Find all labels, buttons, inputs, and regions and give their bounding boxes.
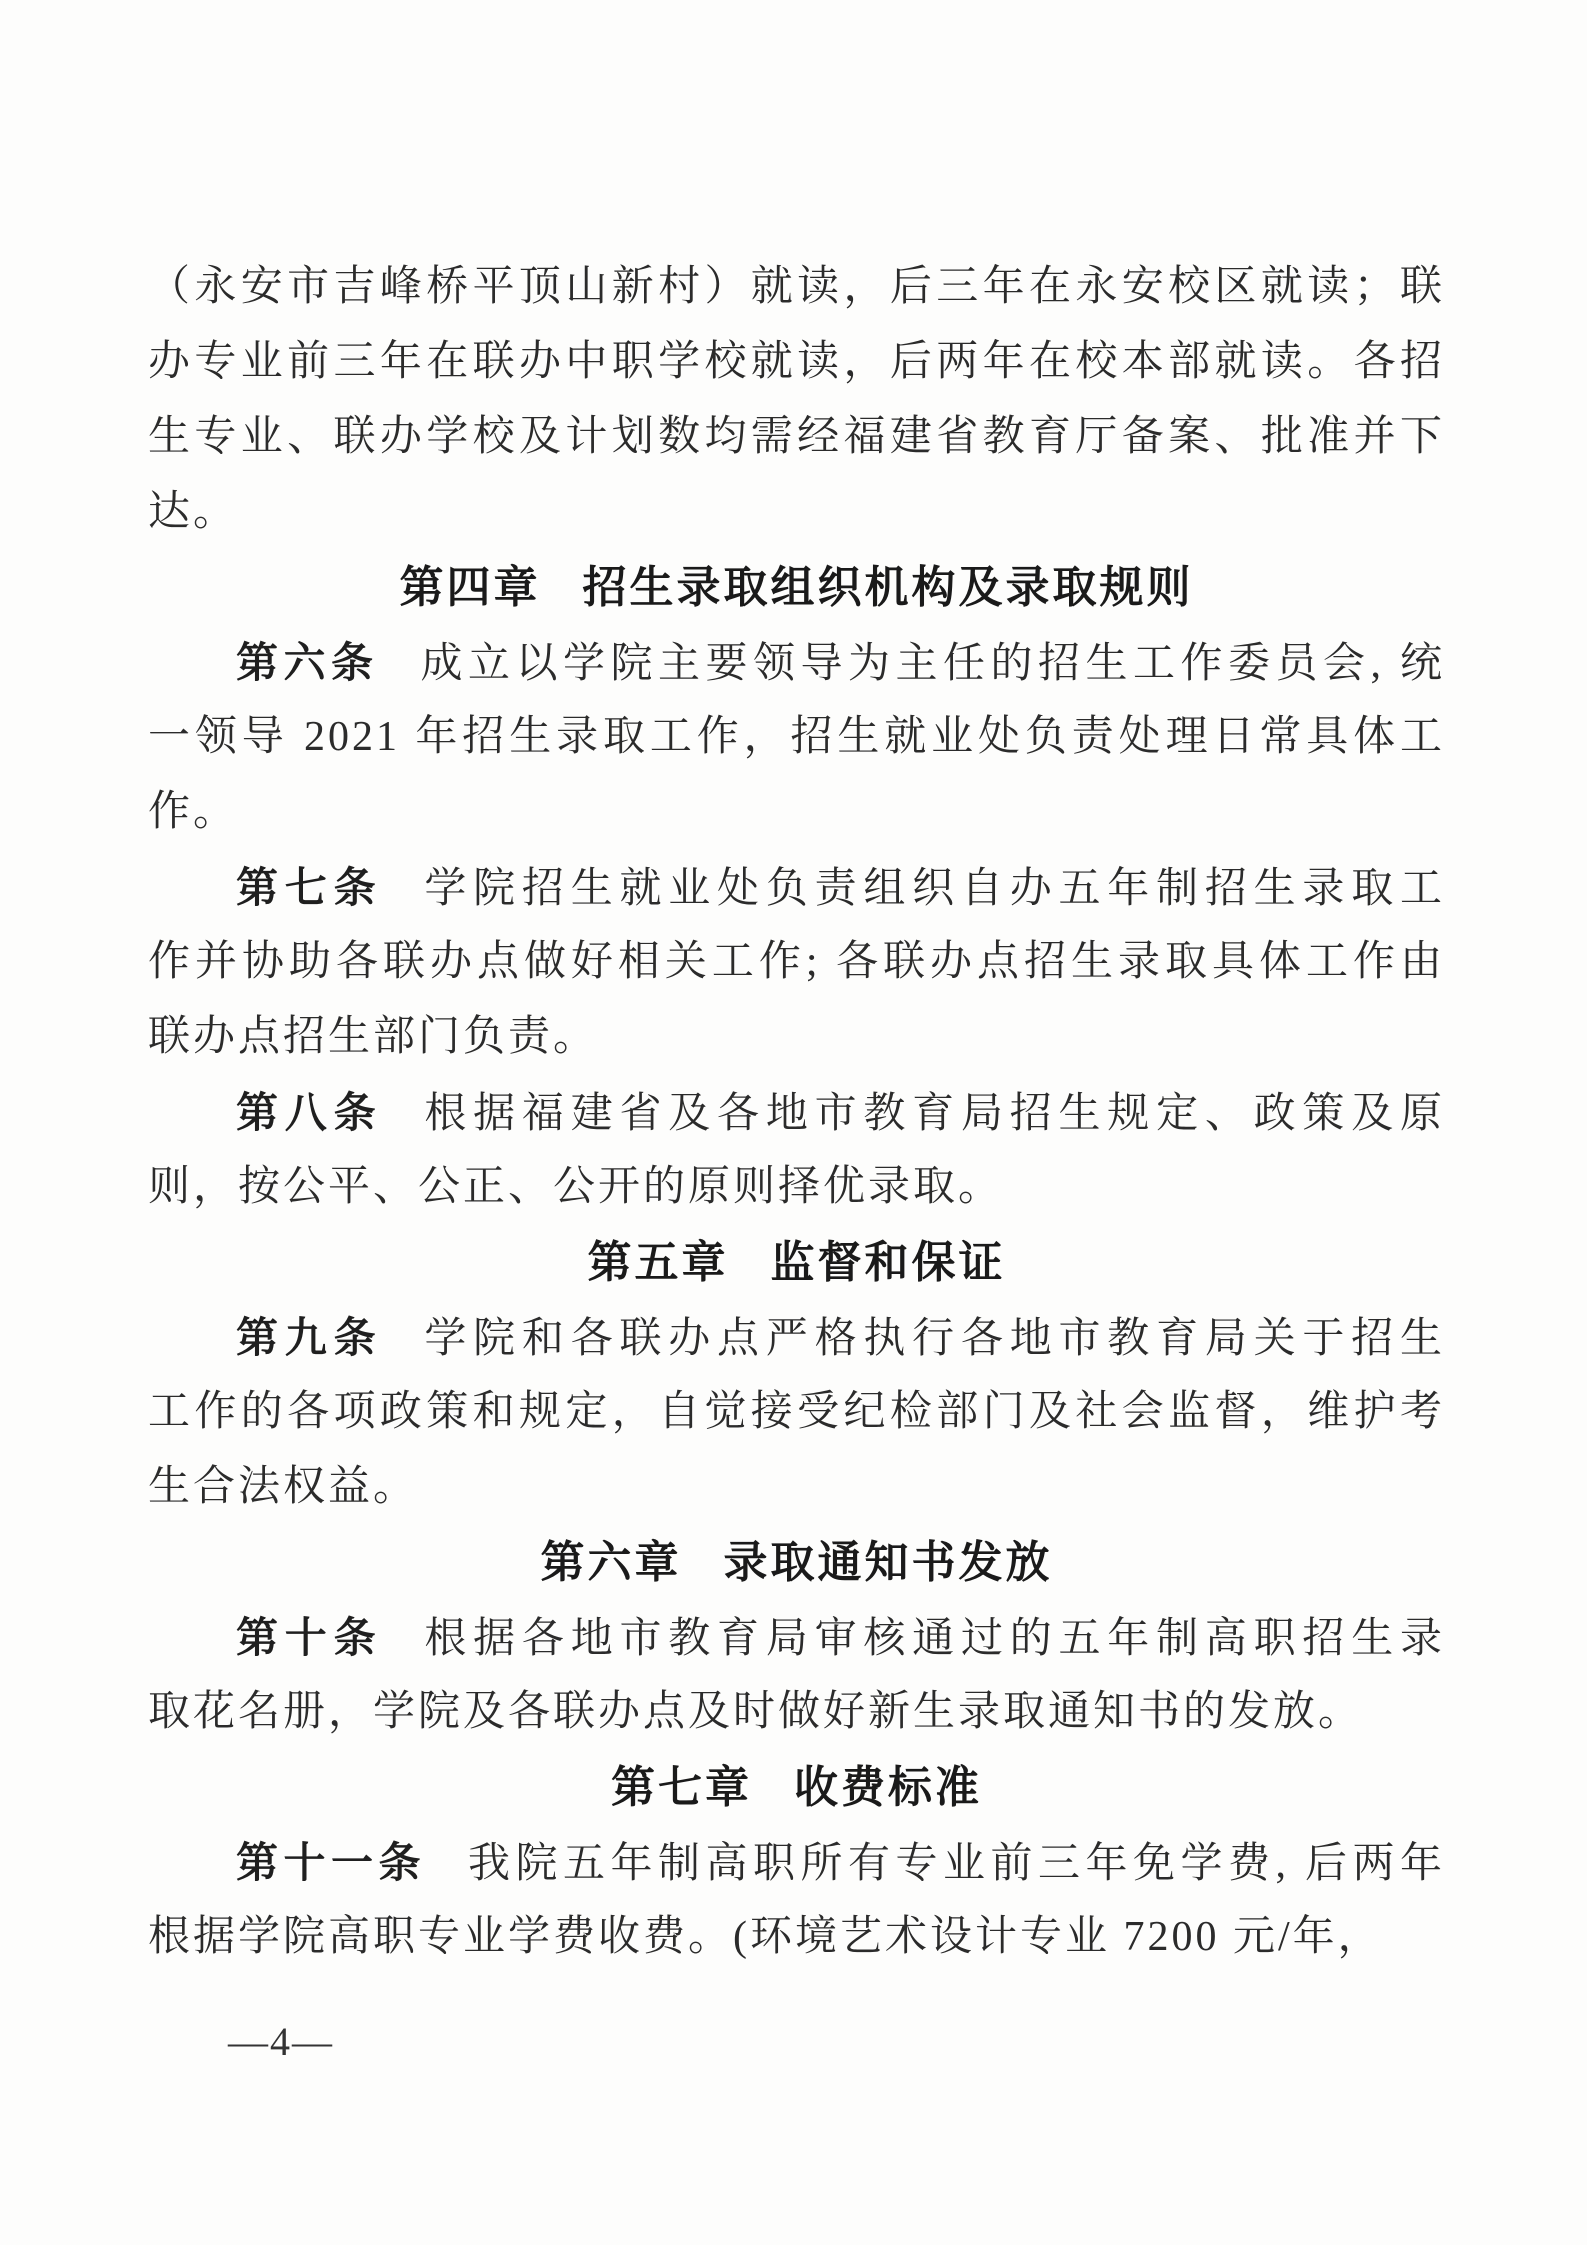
chapter-title: 录取通知书发放: [724, 1538, 1053, 1587]
article-text: 我院五年制高职所有专业前三年免学费, 后两年: [468, 1841, 1445, 1887]
chapter-number: 第五章: [588, 1238, 729, 1287]
body-line: 办专业前三年在联办中职学校就读，后两年在校本部就读。各招: [148, 325, 1445, 400]
article-line: 第九条学院和各联办点严格执行各地市教育局关于招生: [148, 1300, 1445, 1375]
document-body: （永安市吉峰桥平顶山新村）就读，后三年在永安校区就读；联 办专业前三年在联办中职…: [148, 250, 1445, 1975]
article-label: 第六条: [236, 639, 379, 686]
body-line: 联办点招生部门负责。: [148, 1000, 1445, 1075]
body-line: 根据学院高职专业学费收费。(环境艺术设计专业 7200 元/年，: [148, 1900, 1445, 1975]
body-line: 生专业、联办学校及计划数均需经福建省教育厅备案、批准并下: [148, 400, 1445, 475]
article-label: 第七条: [236, 864, 382, 911]
body-line: 生合法权益。: [148, 1450, 1445, 1525]
body-line: 达。: [148, 475, 1445, 550]
body-line: 工作的各项政策和规定，自觉接受纪检部门及社会监督，维护考: [148, 1375, 1445, 1450]
body-line: 取花名册，学院及各联办点及时做好新生录取通知书的发放。: [148, 1675, 1445, 1750]
article-line: 第十一条我院五年制高职所有专业前三年免学费, 后两年: [148, 1825, 1445, 1900]
chapter-number: 第六章: [541, 1538, 682, 1587]
article-label: 第九条: [236, 1314, 382, 1361]
chapter-heading: 第七章收费标准: [148, 1750, 1445, 1825]
chapter-number: 第七章: [611, 1763, 752, 1812]
article-text: 根据各地市教育局审核通过的五年制高职招生录: [424, 1616, 1445, 1662]
article-label: 第十条: [236, 1614, 382, 1661]
article-text: 学院招生就业处负责组织自办五年制招生录取工: [424, 866, 1445, 912]
article-label: 第八条: [236, 1089, 382, 1136]
article-label: 第十一条: [236, 1839, 426, 1886]
article-line: 第七条学院招生就业处负责组织自办五年制招生录取工: [148, 850, 1445, 925]
chapter-heading: 第四章招生录取组织机构及录取规则: [148, 550, 1445, 625]
chapter-title: 监督和保证: [771, 1238, 1006, 1287]
chapter-title: 招生录取组织机构及录取规则: [583, 563, 1194, 612]
article-line: 第八条根据福建省及各地市教育局招生规定、政策及原: [148, 1075, 1445, 1150]
document-page: （永安市吉峰桥平顶山新村）就读，后三年在永安校区就读；联 办专业前三年在联办中职…: [0, 0, 1587, 2245]
body-line: 一领导 2021 年招生录取工作，招生就业处负责处理日常具体工: [148, 700, 1445, 775]
body-line: 则，按公平、公正、公开的原则择优录取。: [148, 1150, 1445, 1225]
body-line: 作。: [148, 775, 1445, 850]
body-line: 作并协助各联办点做好相关工作; 各联办点招生录取具体工作由: [148, 925, 1445, 1000]
page-number: —4—: [228, 2012, 334, 2072]
chapter-number: 第四章: [400, 563, 541, 612]
chapter-heading: 第六章录取通知书发放: [148, 1525, 1445, 1600]
article-text: 根据福建省及各地市教育局招生规定、政策及原: [424, 1091, 1445, 1137]
article-line: 第十条根据各地市教育局审核通过的五年制高职招生录: [148, 1600, 1445, 1675]
article-text: 学院和各联办点严格执行各地市教育局关于招生: [424, 1316, 1445, 1362]
chapter-heading: 第五章监督和保证: [148, 1225, 1445, 1300]
body-line: （永安市吉峰桥平顶山新村）就读，后三年在永安校区就读；联: [148, 250, 1445, 325]
chapter-title: 收费标准: [794, 1763, 982, 1812]
article-line: 第六条成立以学院主要领导为主任的招生工作委员会, 统: [148, 625, 1445, 700]
article-text: 成立以学院主要领导为主任的招生工作委员会, 统: [421, 641, 1445, 687]
